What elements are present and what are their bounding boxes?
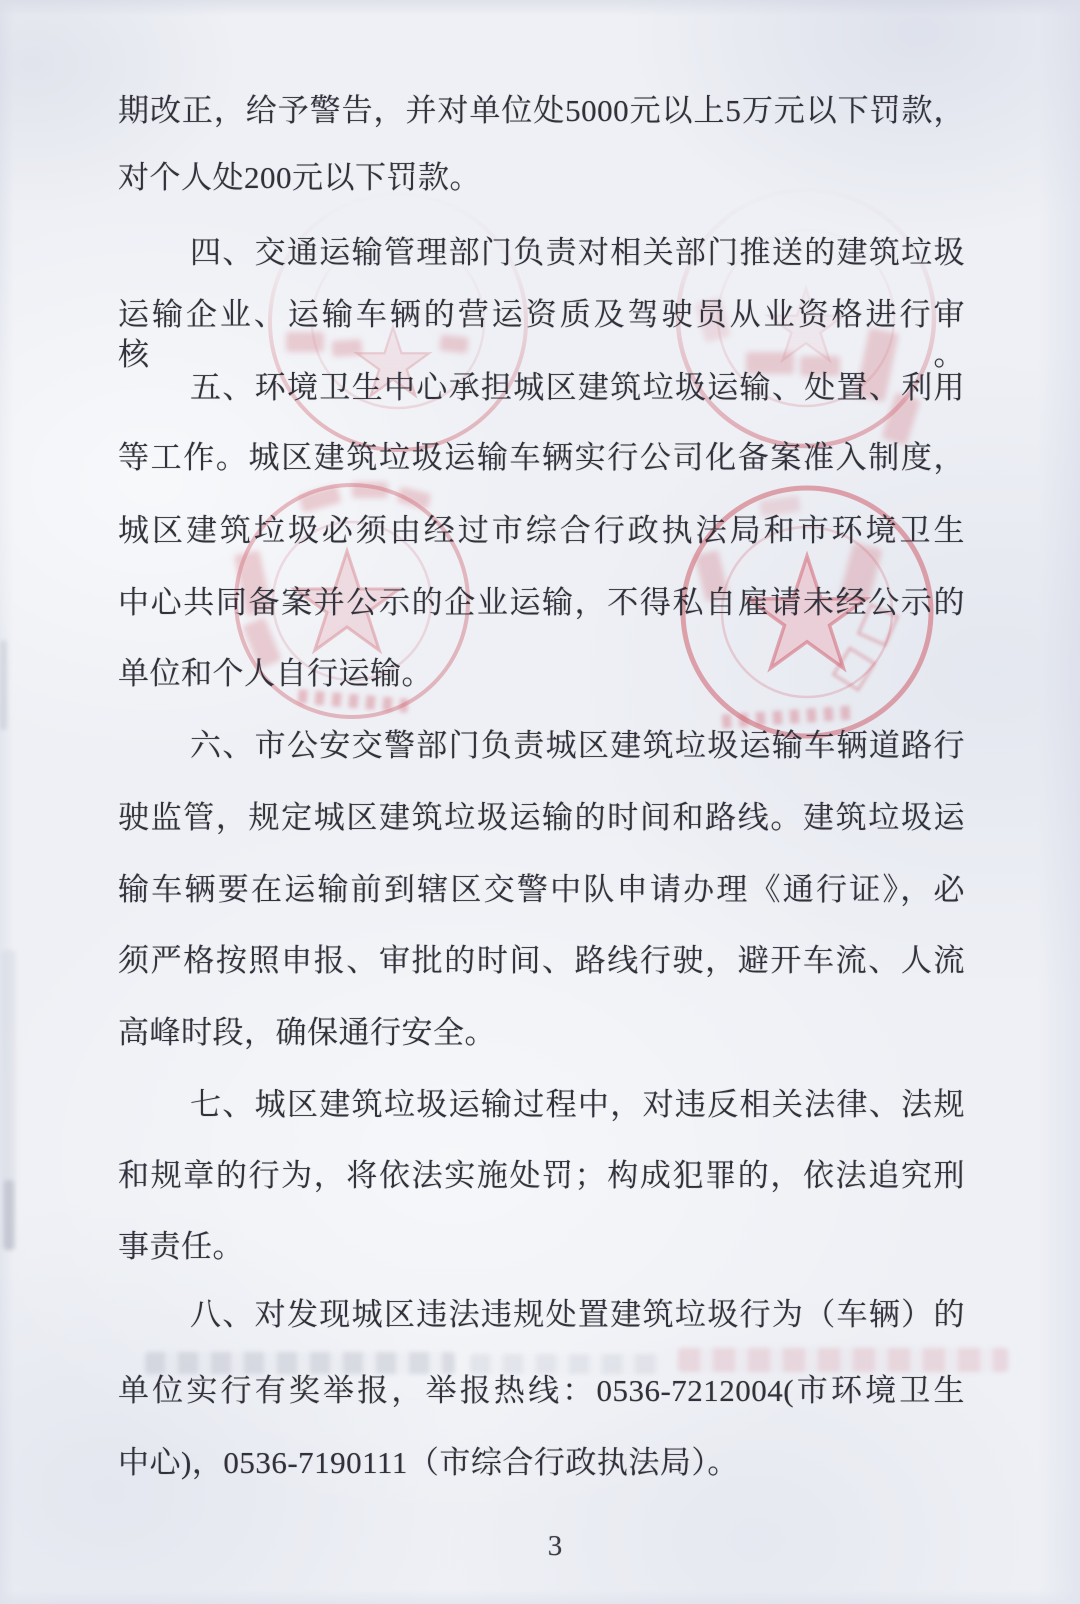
text-line: 中心共同备案并公示的企业运输，不得私自雇请未经公示的 bbox=[118, 583, 965, 623]
edge-smudge bbox=[0, 640, 7, 730]
seal-rim-text-blur bbox=[298, 485, 341, 513]
edge-smudge bbox=[4, 1180, 14, 1250]
text-line: 运输企业、运输车辆的营运资质及驾驶员从业资格进行审核。 bbox=[118, 295, 965, 335]
seal-rim-text-blur bbox=[352, 482, 388, 498]
ghost-text-row bbox=[678, 1348, 1008, 1372]
text-line: 七、城区建筑垃圾运输过程中，对违反相关法律、法规 bbox=[118, 1085, 965, 1125]
text-line: 期改正，给予警告，并对单位处5000元以上5万元以下罚款， bbox=[118, 91, 965, 131]
text-line: 输车辆要在运输前到辖区交警中队申请办理《通行证》，必 bbox=[118, 870, 965, 910]
text-line: 中心)，0536-7190111（市综合行政执法局）。 bbox=[118, 1443, 965, 1483]
text-line: 六、市公安交警部门负责城区建筑垃圾运输车辆道路行 bbox=[118, 726, 965, 766]
scanned-document-page: 期改正，给予警告，并对单位处5000元以上5万元以下罚款， 对个人处200元以下… bbox=[0, 0, 1080, 1604]
text-line: 城区建筑垃圾必须由经过市综合行政执法局和市环境卫生 bbox=[118, 511, 965, 551]
text-line: 八、对发现城区违法违规处置建筑垃圾行为（车辆）的 bbox=[118, 1295, 965, 1335]
page-number: 3 bbox=[515, 1526, 595, 1566]
text-line: 对个人处200元以下罚款。 bbox=[118, 158, 965, 198]
text-line: 单位实行有奖举报，举报热线：0536-7212004(市环境卫生 bbox=[118, 1371, 965, 1411]
text-line: 等工作。城区建筑垃圾运输车辆实行公司化备案准入制度， bbox=[118, 438, 965, 478]
text-line: 单位和个人自行运输。 bbox=[118, 654, 965, 694]
text-line: 四、交通运输管理部门负责对相关部门推送的建筑垃圾 bbox=[118, 233, 965, 273]
edge-smudge bbox=[2, 950, 16, 1250]
text-line: 五、环境卫生中心承担城区建筑垃圾运输、处置、利用 bbox=[118, 368, 965, 408]
text-line: 驶监管，规定城区建筑垃圾运输的时间和路线。建筑垃圾运 bbox=[118, 798, 965, 838]
text-line: 须严格按照申报、审批的时间、路线行驶，避开车流、人流 bbox=[118, 941, 965, 981]
seal-rim-text-blur bbox=[397, 486, 432, 509]
text-line: 事责任。 bbox=[118, 1227, 965, 1267]
text-line: 高峰时段，确保通行安全。 bbox=[118, 1013, 965, 1053]
text-line: 和规章的行为，将依法实施处罚；构成犯罪的，依法追究刑 bbox=[118, 1156, 965, 1196]
